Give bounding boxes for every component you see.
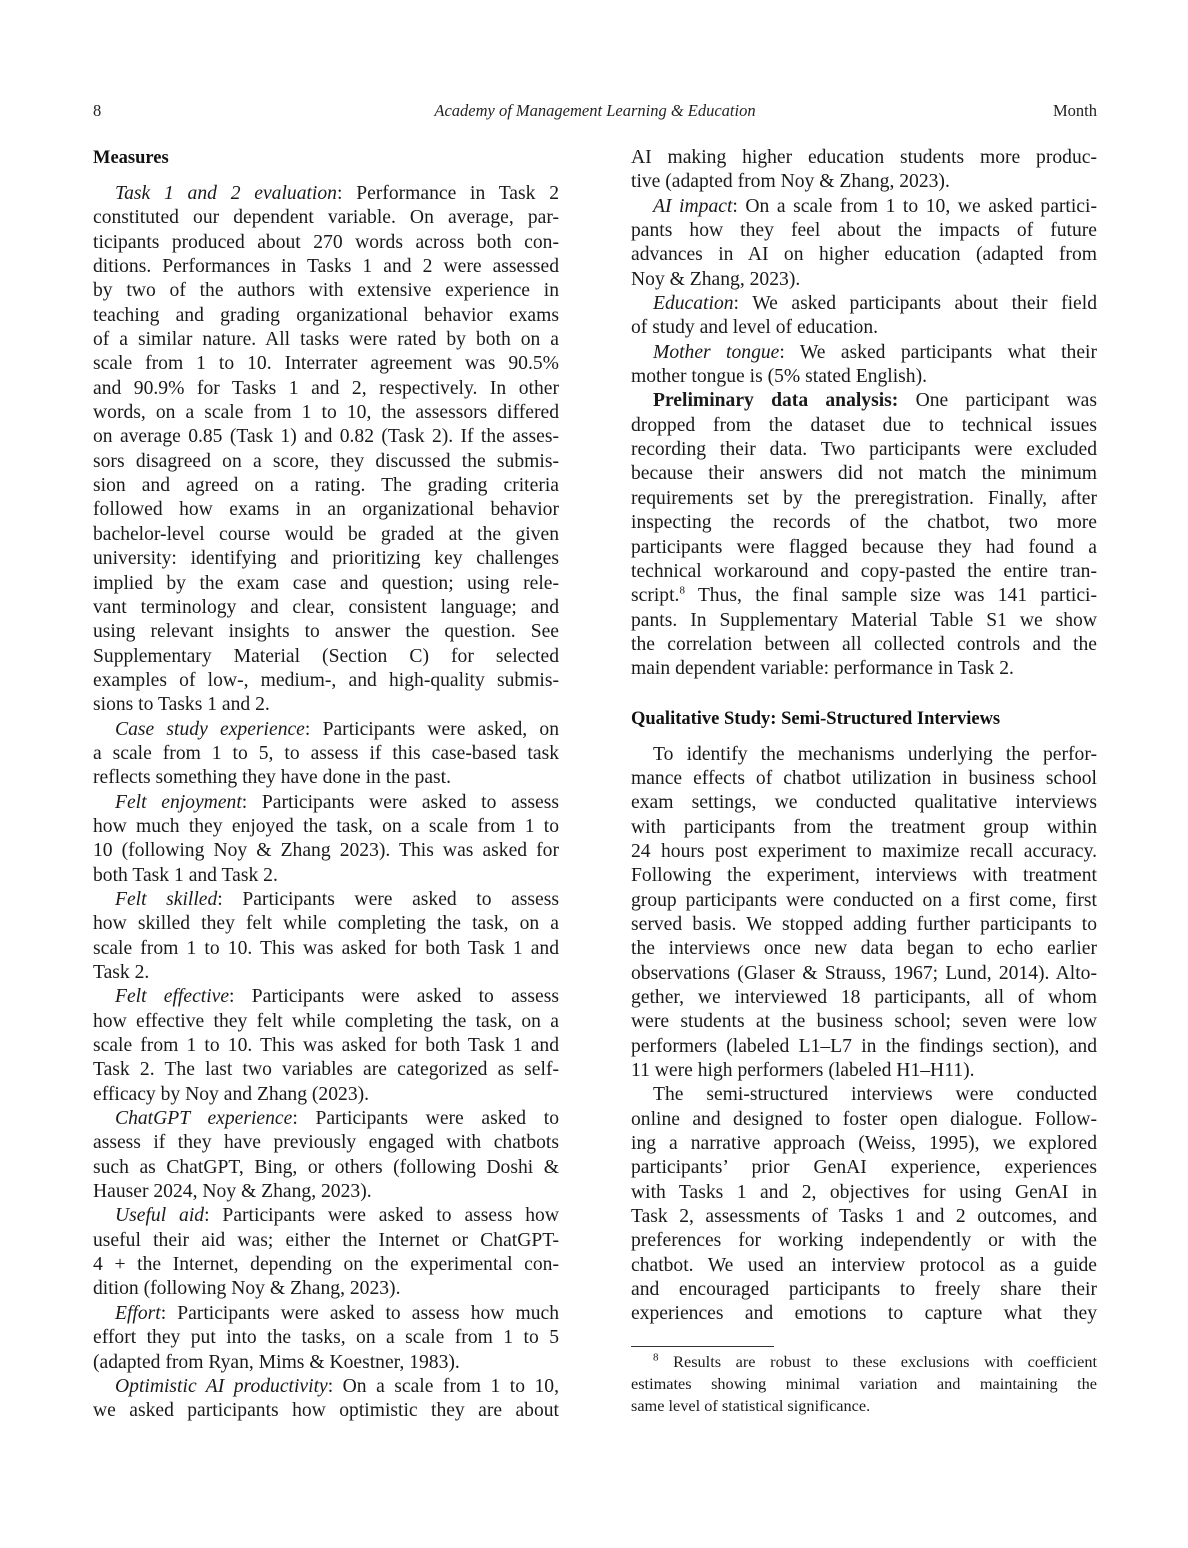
- term-task-evaluation: Task 1 and 2 evaluation: [115, 183, 337, 204]
- term-felt-enjoyment: Felt enjoyment: [115, 792, 242, 813]
- issue-month: Month: [1053, 101, 1097, 121]
- term-preliminary-data-analysis: Preliminary data analysis:: [653, 390, 898, 411]
- paragraph-ai-impact: AI impact: On a scale from 1 to 10, we a…: [631, 195, 1097, 292]
- paragraph-case-study-experience: Case study experience: Participants were…: [93, 718, 559, 791]
- term-chatgpt-experience: ChatGPT experience: [115, 1108, 292, 1129]
- paragraph-semi-structured-interviews: The semi-structured interviews were cond…: [631, 1083, 1097, 1326]
- paragraph-education: Education: We asked participants about t…: [631, 292, 1097, 341]
- paragraph-chatgpt-experience: ChatGPT experience: Participants were as…: [93, 1107, 559, 1204]
- term-mother-tongue: Mother tongue: [653, 342, 779, 363]
- paragraph-qualitative-intro: To identify the mechanisms underlying th…: [631, 743, 1097, 1084]
- running-header: 8 Academy of Management Learning & Educa…: [93, 101, 1097, 125]
- right-column: AI making higher education students more…: [631, 146, 1097, 1327]
- term-effort: Effort: [115, 1303, 161, 1324]
- term-case-study-experience: Case study experience: [115, 719, 305, 740]
- journal-title: Academy of Management Learning & Educati…: [93, 101, 1097, 121]
- paragraph-useful-aid: Useful aid: Participants were asked to a…: [93, 1204, 559, 1301]
- paragraph-felt-skilled: Felt skilled: Participants were asked to…: [93, 888, 559, 985]
- section-heading-measures: Measures: [93, 146, 559, 170]
- paragraph-task-evaluation: Task 1 and 2 evaluation: Performance in …: [93, 182, 559, 718]
- footnote: 8 Results are robust to these exclusions…: [631, 1351, 1097, 1417]
- term-ai-impact: AI impact: [653, 196, 732, 217]
- paragraph-effort: Effort: Participants were asked to asses…: [93, 1302, 559, 1375]
- term-useful-aid: Useful aid: [115, 1205, 204, 1226]
- paragraph-preliminary-data-analysis: Preliminary data analysis: One participa…: [631, 389, 1097, 681]
- paragraph-continuation: AI making higher education students more…: [631, 146, 1097, 195]
- paragraph-optimistic-ai-productivity: Optimistic AI productivity: On a scale f…: [93, 1375, 559, 1424]
- section-heading-qualitative-study: Qualitative Study: Semi-Structured Inter…: [631, 707, 1097, 731]
- term-education: Education: [653, 293, 734, 314]
- paragraph-felt-enjoyment: Felt enjoyment: Participants were asked …: [93, 791, 559, 888]
- left-column: Measures Task 1 and 2 evaluation: Perfor…: [93, 146, 559, 1424]
- term-felt-effective: Felt effective: [115, 986, 229, 1007]
- footnote-divider: [631, 1346, 774, 1347]
- paragraph-felt-effective: Felt effective: Participants were asked …: [93, 985, 559, 1107]
- term-optimistic-ai-productivity: Optimistic AI productivity: [115, 1376, 328, 1397]
- paragraph-mother-tongue: Mother tongue: We asked participants wha…: [631, 341, 1097, 390]
- term-felt-skilled: Felt skilled: [115, 889, 217, 910]
